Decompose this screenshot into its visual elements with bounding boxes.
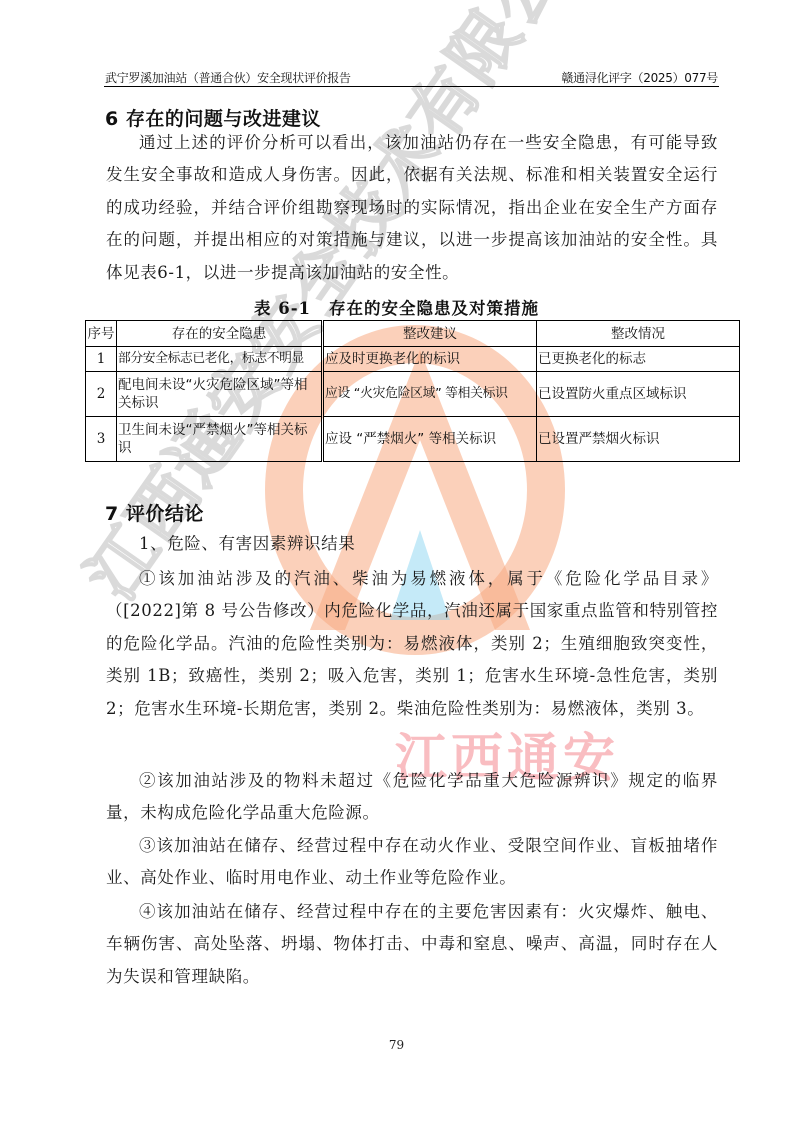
table-caption: 表 6-1存在的安全隐患及对策措施 — [0, 295, 793, 319]
status-cell: 已设置防火重点区域标识 — [537, 372, 740, 417]
hazard-table: 序号 存在的安全隐患 整改建议 整改情况 1 部分安全标志已老化，标志不明显 应… — [85, 320, 740, 462]
table-row: 2 配电间未设“火灾危险区域”等相关标识 应设 “火灾危险区域” 等相关标识 已… — [86, 372, 740, 417]
report-title: 武宁罗溪加油站（普通合伙）安全现状评价报告 — [105, 69, 351, 86]
table-row: 1 部分安全标志已老化，标志不明显 应及时更换老化的标识 已更换老化的标志 — [86, 347, 740, 372]
hazard-cell: 部分安全标志已老化，标志不明显 — [117, 347, 323, 372]
table-number: 表 6-1 — [254, 299, 311, 318]
row-number: 2 — [86, 372, 117, 417]
section-6-paragraph: 通过上述的评价分析可以看出，该加油站仍存在一些安全隐患，有可能导致发生安全事故和… — [106, 127, 718, 289]
status-cell: 已更换老化的标志 — [537, 347, 740, 372]
conclusion-point-1: ①该加油站涉及的汽油、柴油为易燃液体，属于《危险化学品目录》（[2022]第 8… — [106, 563, 718, 725]
running-header: 武宁罗溪加油站（普通合伙）安全现状评价报告 赣通浔化评字（2025）077号 — [104, 64, 719, 87]
table-caption-text: 存在的安全隐患及对策措施 — [329, 299, 539, 318]
conclusion-point-3: ③该加油站在储存、经营过程中存在动火作业、受限空间作业、盲板抽堵作业、高处作业、… — [106, 830, 718, 895]
suggestion-cell: 应设 “严禁烟火” 等相关标识 — [323, 417, 537, 462]
column-header: 序号 — [86, 321, 117, 347]
hazard-cell: 配电间未设“火灾危险区域”等相关标识 — [117, 372, 323, 417]
column-header: 存在的安全隐患 — [117, 321, 323, 347]
column-header: 整改建议 — [323, 321, 537, 347]
hazard-cell: 卫生间未设“严禁烟火”等相关标识 — [117, 417, 323, 462]
suggestion-cell: 应及时更换老化的标识 — [323, 347, 537, 372]
conclusion-point-2: ②该加油站涉及的物料未超过《危险化学品重大危险源辨识》规定的临界量，未构成危险化… — [106, 765, 718, 830]
status-cell: 已设置严禁烟火标识 — [537, 417, 740, 462]
row-number: 3 — [86, 417, 117, 462]
item-1-title: 1、危险、有害因素辨识结果 — [106, 528, 718, 560]
document-page: 江西通安安全技术有限公司 江西通安 武宁罗溪加油站（普通合伙）安全现状评价报告 … — [0, 0, 793, 1122]
conclusion-point-4: ④该加油站在储存、经营过程中存在的主要危害因素有：火灾爆炸、触电、车辆伤害、高处… — [106, 896, 718, 993]
section-7-heading: 7 评价结论 — [105, 499, 204, 526]
suggestion-cell: 应设 “火灾危险区域” 等相关标识 — [323, 372, 537, 417]
table-header-row: 序号 存在的安全隐患 整改建议 整改情况 — [86, 321, 740, 347]
column-header: 整改情况 — [537, 321, 740, 347]
page-number: 79 — [0, 1038, 793, 1052]
document-number: 赣通浔化评字（2025）077号 — [561, 69, 718, 86]
row-number: 1 — [86, 347, 117, 372]
table-row: 3 卫生间未设“严禁烟火”等相关标识 应设 “严禁烟火” 等相关标识 已设置严禁… — [86, 417, 740, 462]
